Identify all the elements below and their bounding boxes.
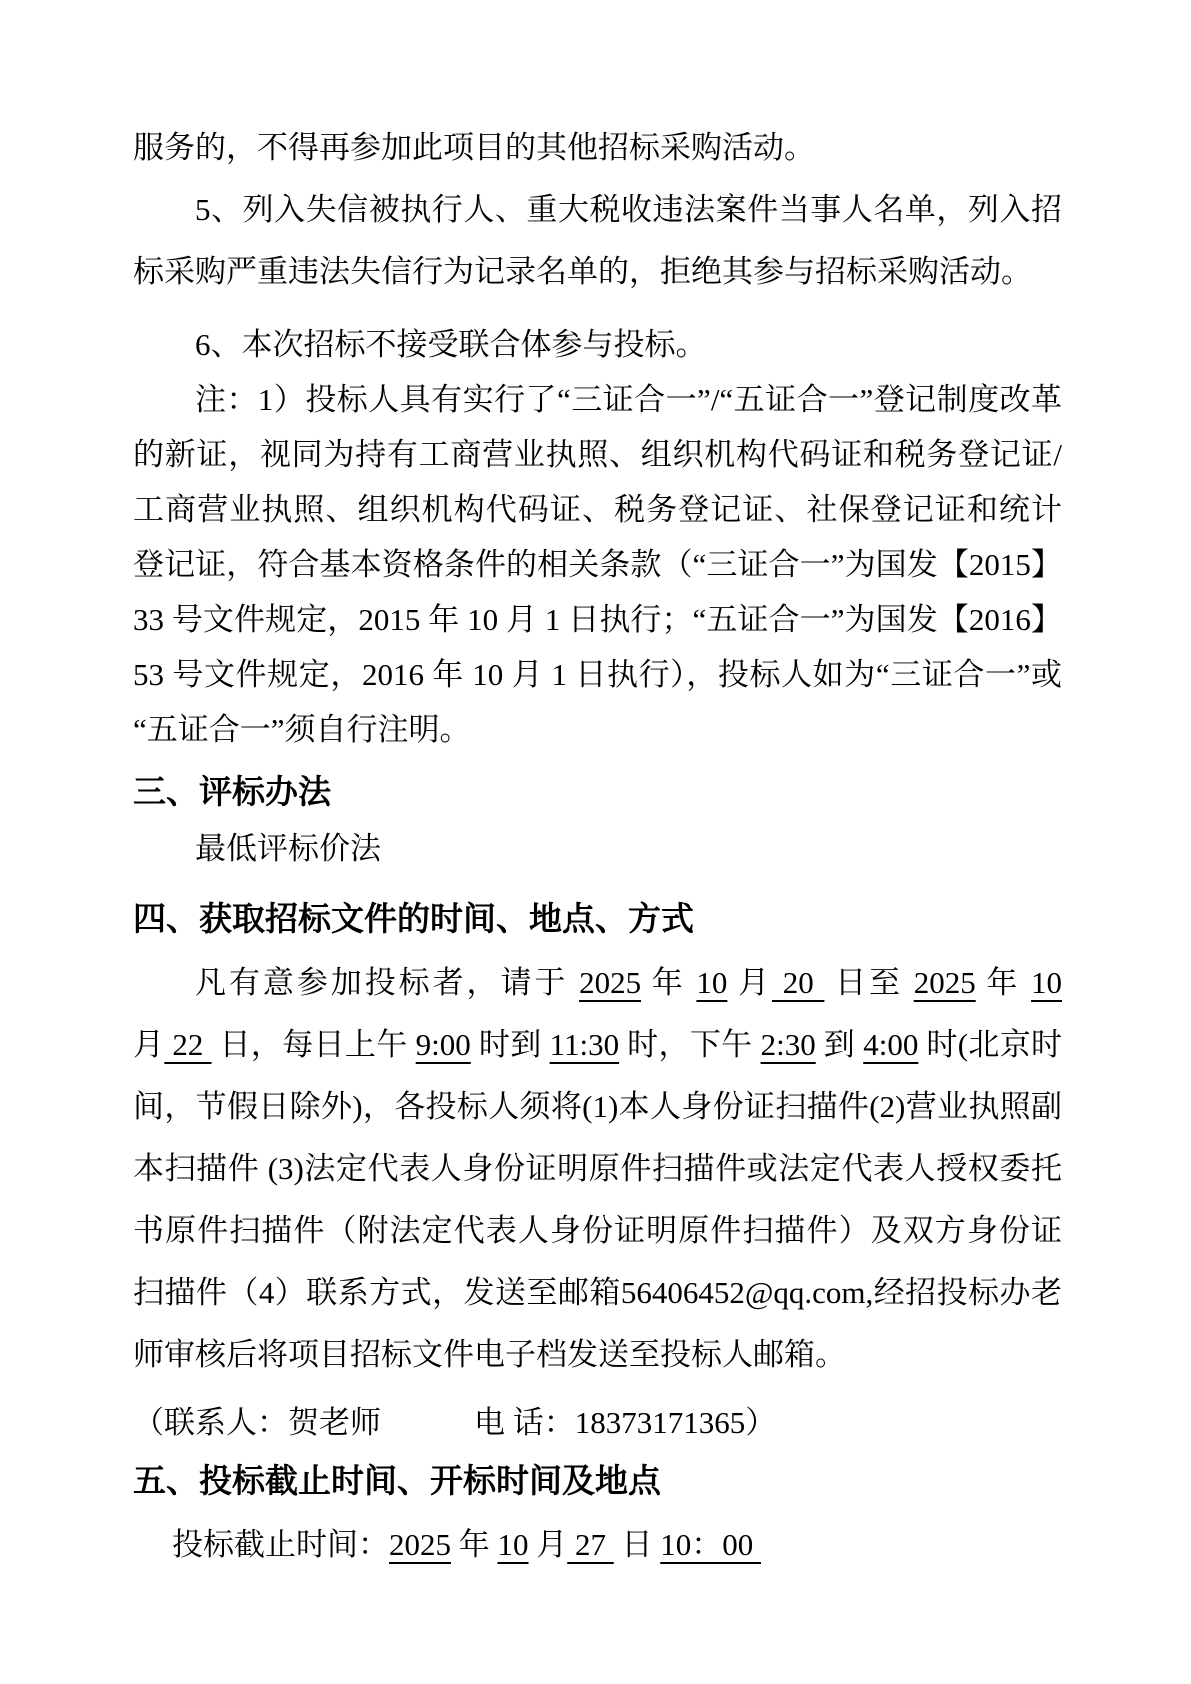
underlined-field: 2025 bbox=[914, 965, 976, 1000]
text-run: 6、本次招标不接受联合体参与投标。 bbox=[195, 327, 707, 362]
section-heading: 五、投标截止时间、开标时间及地点 bbox=[133, 1458, 1062, 1504]
text-run: 日至 bbox=[824, 965, 913, 1000]
text-run: 年 bbox=[451, 1527, 498, 1562]
underlined-field: 2:30 bbox=[761, 1027, 816, 1062]
text-run: 投标截止时间： bbox=[172, 1527, 389, 1562]
section-heading: 三、评标办法 bbox=[133, 769, 1062, 815]
text-run: 最低评标价法 bbox=[195, 831, 381, 866]
underlined-field: 10 bbox=[1031, 965, 1062, 1000]
text-run: 年 bbox=[976, 965, 1031, 1000]
document-page: 服务的，不得再参加此项目的其他招标采购活动。5、列入失信被执行人、重大税收违法案… bbox=[0, 0, 1191, 1684]
text-run: 日，每日上午 bbox=[212, 1027, 416, 1062]
underlined-field: 2025 bbox=[389, 1527, 451, 1562]
text-run: 年 bbox=[641, 965, 696, 1000]
underlined-field: 10 bbox=[498, 1527, 529, 1562]
paragraph: 凡有意参加投标者，请于 2025 年 10 月 20 日至 2025 年 10 … bbox=[133, 952, 1062, 1386]
text-run: 时，下午 bbox=[619, 1027, 760, 1062]
text-run: 5、列入失信被执行人、重大税收违法案件当事人名单，列入招标采购严重违法失信行为记… bbox=[133, 192, 1062, 289]
section-heading: 四、获取招标文件的时间、地点、方式 bbox=[133, 896, 1062, 942]
underlined-field: 11:30 bbox=[550, 1027, 619, 1062]
underlined-field: 4:00 bbox=[863, 1027, 918, 1062]
text-run: 日 bbox=[614, 1527, 661, 1562]
underlined-field: 9:00 bbox=[416, 1027, 471, 1062]
paragraph: 投标截止时间：2025 年 10 月 27 日 10：00 bbox=[133, 1514, 1062, 1576]
text-run: 凡有意参加投标者，请于 bbox=[195, 965, 579, 1000]
text-run: 时到 bbox=[471, 1027, 550, 1062]
underlined-field: 20 bbox=[772, 965, 824, 1000]
text-run: 月 bbox=[133, 1027, 164, 1062]
underlined-field: 22 bbox=[164, 1027, 211, 1062]
underlined-field: 27 bbox=[567, 1527, 614, 1562]
paragraph: 服务的，不得再参加此项目的其他招标采购活动。 bbox=[133, 117, 1062, 179]
underlined-field: 10：00 bbox=[660, 1527, 761, 1562]
text-run: 时(北京时间，节假日除外)，各投标人须将(1)本人身份证扫描件(2)营业执照副本… bbox=[133, 1027, 1062, 1372]
text-run: 到 bbox=[816, 1027, 864, 1062]
paragraph: （联系人：贺老师 电 话：18373171365） bbox=[133, 1392, 1062, 1454]
text-run: 月 bbox=[529, 1527, 568, 1562]
underlined-field: 2025 bbox=[579, 965, 641, 1000]
paragraph: 注：1）投标人具有实行了“三证合一”/“五证合一”登记制度改革的新证，视同为持有… bbox=[133, 372, 1062, 757]
paragraph: 最低评标价法 bbox=[133, 821, 1062, 876]
text-run: 注：1）投标人具有实行了“三证合一”/“五证合一”登记制度改革的新证，视同为持有… bbox=[133, 382, 1062, 747]
underlined-field: 10 bbox=[696, 965, 727, 1000]
text-run: 月 bbox=[727, 965, 772, 1000]
text-run: 服务的，不得再参加此项目的其他招标采购活动。 bbox=[133, 130, 815, 165]
paragraph: 6、本次招标不接受联合体参与投标。 bbox=[133, 317, 1062, 372]
paragraph: 5、列入失信被执行人、重大税收违法案件当事人名单，列入招标采购严重违法失信行为记… bbox=[133, 179, 1062, 303]
text-run: （联系人：贺老师 电 话：18373171365） bbox=[133, 1405, 776, 1440]
document-content: 服务的，不得再参加此项目的其他招标采购活动。5、列入失信被执行人、重大税收违法案… bbox=[133, 117, 1062, 1576]
